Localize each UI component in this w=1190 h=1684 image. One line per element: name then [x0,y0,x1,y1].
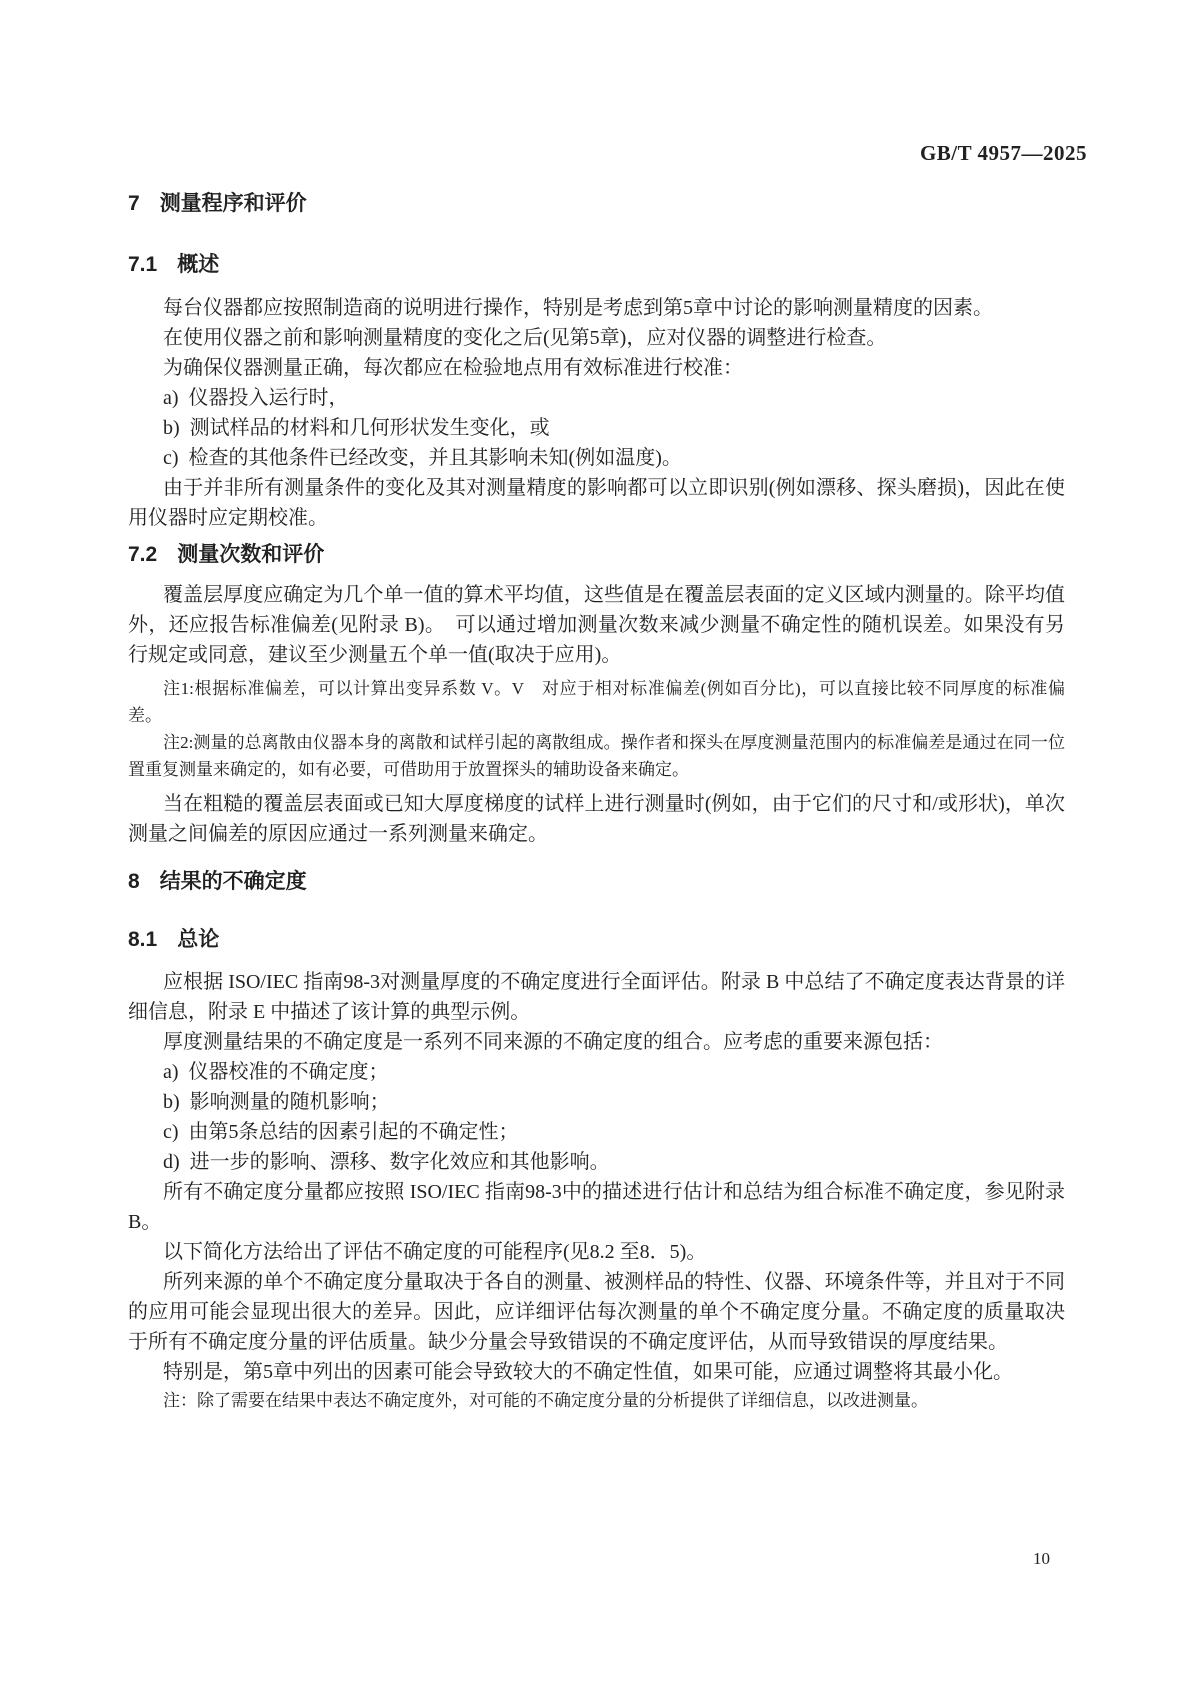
paragraph: 特别是，第5章中列出的因素可能会导致较大的不确定性值，如果可能，应通过调整将其最… [128,1357,1065,1387]
list-item-text: 仪器校准的不确定度； [189,1061,389,1083]
list-item: b)测试样品的材料和几何形状发生变化，或 [128,413,1065,443]
list-marker: d) [163,1147,180,1177]
section-7-2-title: 测量次数和评价 [177,543,324,566]
paragraph: 当在粗糙的覆盖层表面或已知大厚度梯度的试样上进行测量时(例如，由于它们的尺寸和/… [128,789,1065,849]
page-number: 10 [1033,1549,1050,1569]
section-8-title: 结果的不确定度 [160,870,307,893]
section-7-1-title: 概述 [177,253,219,276]
paragraph: 由于并非所有测量条件的变化及其对测量精度的影响都可以立即识别(例如漂移、探头磨损… [128,473,1065,533]
section-8-number: 8 [128,867,140,897]
list-marker: b) [163,1087,180,1117]
note: 注2:测量的总离散由仪器本身的离散和试样引起的离散组成。操作者和探头在厚度测量范… [128,729,1065,783]
list-marker: a) [163,1057,179,1087]
paragraph: 为确保仪器测量正确，每次都应在检验地点用有效标准进行校准： [128,353,1065,383]
page-content: 7测量程序和评价 7.1概述 每台仪器都应按照制造商的说明进行操作，特别是考虑到… [128,167,1065,1414]
note: 注：除了需要在结果中表达不确定度外，对可能的不确定度分量的分析提供了详细信息，以… [128,1387,1065,1414]
document-page: GB/T 4957—2025 7测量程序和评价 7.1概述 每台仪器都应按照制造… [0,0,1190,1684]
paragraph: 所有不确定度分量都应按照 ISO/IEC 指南98-3中的描述进行估计和总结为组… [128,1177,1065,1237]
list-item-text: 仪器投入运行时， [189,387,349,409]
list-item: b)影响测量的随机影响； [128,1087,1065,1117]
list-item-text: 检查的其他条件已经改变，并且其影响未知(例如温度)。 [189,447,682,469]
paragraph: 以下简化方法给出了评估不确定度的可能程序(见8.2 至8．5)。 [128,1237,1065,1267]
section-8-heading: 8结果的不确定度 [128,867,1065,897]
section-8-1-number: 8.1 [128,925,157,955]
paragraph: 所列来源的单个不确定度分量取决于各自的测量、被测样品的特性、仪器、环境条件等，并… [128,1267,1065,1357]
section-7-2-heading: 7.2测量次数和评价 [128,540,1065,570]
list-marker: c) [163,443,179,473]
paragraph: 厚度测量结果的不确定度是一系列不同来源的不确定度的组合。应考虑的重要来源包括： [128,1027,1065,1057]
section-8-1-title: 总论 [177,928,219,951]
note: 注1:根据标准偏差，可以计算出变异系数 V。V 对应于相对标准偏差(例如百分比)… [128,675,1065,729]
list-item: d)进一步的影响、漂移、数字化效应和其他影响。 [128,1147,1065,1177]
paragraph: 每台仪器都应按照制造商的说明进行操作，特别是考虑到第5章中讨论的影响测量精度的因… [128,293,1065,323]
list-marker: a) [163,383,179,413]
list-item-text: 影响测量的随机影响； [190,1091,390,1113]
section-7-title: 测量程序和评价 [160,192,307,215]
list-marker: c) [163,1117,179,1147]
list-item: c)由第5条总结的因素引起的不确定性； [128,1117,1065,1147]
standard-number: GB/T 4957—2025 [920,141,1087,166]
list-item-text: 测试样品的材料和几何形状发生变化，或 [190,417,550,439]
paragraph: 在使用仪器之前和影响测量精度的变化之后(见第5章)，应对仪器的调整进行检查。 [128,323,1065,353]
list-item: c)检查的其他条件已经改变，并且其影响未知(例如温度)。 [128,443,1065,473]
paragraph: 应根据 ISO/IEC 指南98-3对测量厚度的不确定度进行全面评估。附录 B … [128,967,1065,1027]
list-marker: b) [163,413,180,443]
section-8-1-heading: 8.1总论 [128,925,1065,955]
section-7-number: 7 [128,189,140,219]
section-7-2-number: 7.2 [128,540,157,570]
list-item: a)仪器校准的不确定度； [128,1057,1065,1087]
section-7-heading: 7测量程序和评价 [128,189,1065,219]
list-item-text: 由第5条总结的因素引起的不确定性； [189,1121,519,1143]
list-item-text: 进一步的影响、漂移、数字化效应和其他影响。 [190,1151,610,1173]
list-item: a)仪器投入运行时， [128,383,1065,413]
section-7-1-number: 7.1 [128,250,157,280]
section-7-1-heading: 7.1概述 [128,250,1065,280]
paragraph: 覆盖层厚度应确定为几个单一值的算术平均值，这些值是在覆盖层表面的定义区域内测量的… [128,580,1065,670]
